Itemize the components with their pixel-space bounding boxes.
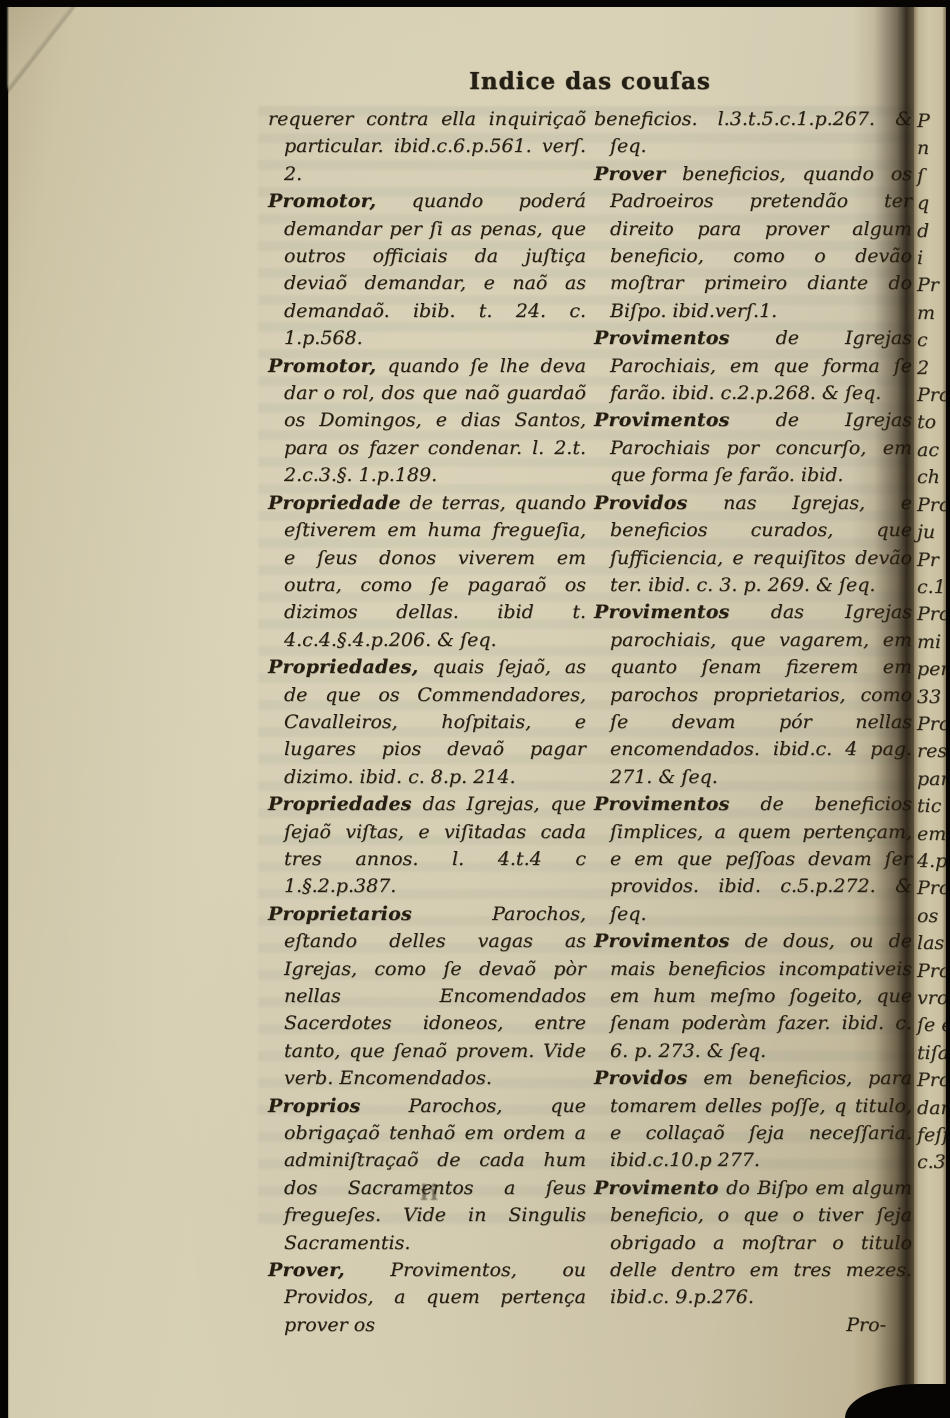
text-fragment: Pr (917, 272, 947, 299)
index-entry: Propriedade de terras, quando eſtiverem … (268, 490, 586, 654)
text-fragment: ſe eſ (917, 1012, 947, 1039)
entry-headword: Providos (594, 492, 687, 514)
text-fragment: Pro- (917, 601, 947, 628)
text-fragment: Pro (917, 382, 947, 409)
text-fragment: ju (917, 519, 947, 546)
entry-headword: Providos (594, 1067, 687, 1089)
text-fragment: Prov (917, 711, 947, 738)
entry-headword: Provimentos (594, 409, 730, 431)
entry-text: Parochos, que obrigaçaõ tenhaõ em ordem … (284, 1095, 586, 1254)
text-fragment: m (917, 300, 947, 327)
text-fragment: os q (917, 903, 947, 930)
text-fragment: ac (917, 437, 947, 464)
entry-headword: Propriedade (268, 492, 401, 514)
entry-text: quando poderá demandar per ſi as penas, … (284, 190, 586, 349)
text-fragment: Provi (917, 958, 947, 985)
photo-frame-top (0, 0, 950, 7)
text-fragment: ſ (917, 163, 947, 190)
entry-headword: Provimentos (594, 601, 730, 623)
index-entry: Propriedades, quais ſejaõ, as de que os … (268, 654, 586, 791)
index-entry: Propriedades das Igrejas, que ſejaõ viſt… (268, 791, 586, 901)
text-fragment: c (917, 327, 947, 354)
index-entry: Prover, Provimentos, ou Providos, a quem… (268, 1257, 586, 1339)
text-fragment: las.l (917, 930, 947, 957)
text-fragment: to (917, 409, 947, 436)
text-fragment: per (917, 656, 947, 683)
text-fragment: d (917, 218, 947, 245)
text-fragment: Provi (917, 1067, 947, 1094)
text-fragment: res (917, 738, 947, 765)
entry-headword: Promotor, (268, 190, 376, 212)
text-fragment: c.1 (917, 574, 947, 601)
next-page-edge: P n ſ q d i Pr m c 2 Pro to (914, 0, 947, 1418)
entry-headword: Promotor, (268, 355, 376, 377)
text-fragment: Prov (917, 875, 947, 902)
text-fragment: n (917, 135, 947, 162)
left-column: requerer contra ella inquiriçaõ particul… (268, 106, 586, 1339)
entry-headword: Provimentos (594, 793, 730, 815)
photo-frame-left (0, 0, 9, 1418)
index-entry: Proprietarios Parochos, eſtando delles v… (268, 901, 586, 1093)
text-fragment: tiſad (917, 1040, 947, 1067)
entry-headword: Prover, (268, 1259, 345, 1281)
text-fragment: 2 (917, 355, 947, 382)
text-fragment: mi (917, 629, 947, 656)
entry-text: Parochos, eſtando delles vagas as Igreja… (284, 903, 586, 1089)
text-fragment: ch (917, 464, 947, 491)
text-fragment: darà (917, 1095, 947, 1122)
text-fragment: Pro (917, 492, 947, 519)
entry-headword: Provimentos (594, 930, 730, 952)
text-fragment: Pr (917, 547, 947, 574)
index-entry: Promotor, quando ſe lhe deva dar o rol, … (268, 353, 586, 490)
entry-headword: Propriedades, (268, 656, 418, 678)
index-entry: requerer contra ella inquiriçaõ particul… (268, 106, 586, 188)
book-page-photo: Indice das couſas requerer contra ella i… (0, 0, 950, 1418)
book-gutter-shadow (852, 0, 914, 1418)
text-fragment: i (917, 245, 947, 272)
entry-headword: Provimento (594, 1177, 719, 1199)
index-text-block: requerer contra ella inquiriçaõ particul… (268, 106, 912, 1339)
text-fragment: par (917, 766, 947, 793)
text-fragment: tic (917, 793, 947, 820)
text-fragment: q (917, 190, 947, 217)
entry-headword: Provimentos (594, 327, 730, 349)
entry-text: requerer contra ella inquiriçaõ particul… (268, 108, 586, 185)
index-entry: Promotor, quando poderá demandar per ſi … (268, 188, 586, 352)
text-fragment: feſſa (917, 1122, 947, 1149)
signature-mark: ii (420, 1180, 440, 1205)
entry-headword: Proprietarios (268, 903, 412, 925)
text-fragment: P (917, 108, 947, 135)
entry-headword: Prover (594, 163, 665, 185)
text-fragment: 33 (917, 684, 947, 711)
running-head: Indice das couſas (268, 68, 912, 95)
text-fragment: 4.p (917, 848, 947, 875)
entry-headword: Propriedades (268, 793, 412, 815)
index-entry: Proprios Parochos, que obrigaçaõ tenhaõ … (268, 1093, 586, 1257)
photo-frame-right (946, 0, 950, 1418)
next-page-text-fragments: P n ſ q d i Pr m c 2 Pro to (917, 108, 947, 1177)
text-fragment: em c (917, 821, 947, 848)
entry-headword: Proprios (268, 1095, 360, 1117)
page-corner-crease (0, 0, 90, 110)
text-fragment: vros (917, 985, 947, 1012)
text-fragment: c.3.p (917, 1149, 947, 1176)
entry-text: de terras, quando eſtiverem em huma freg… (284, 492, 586, 651)
